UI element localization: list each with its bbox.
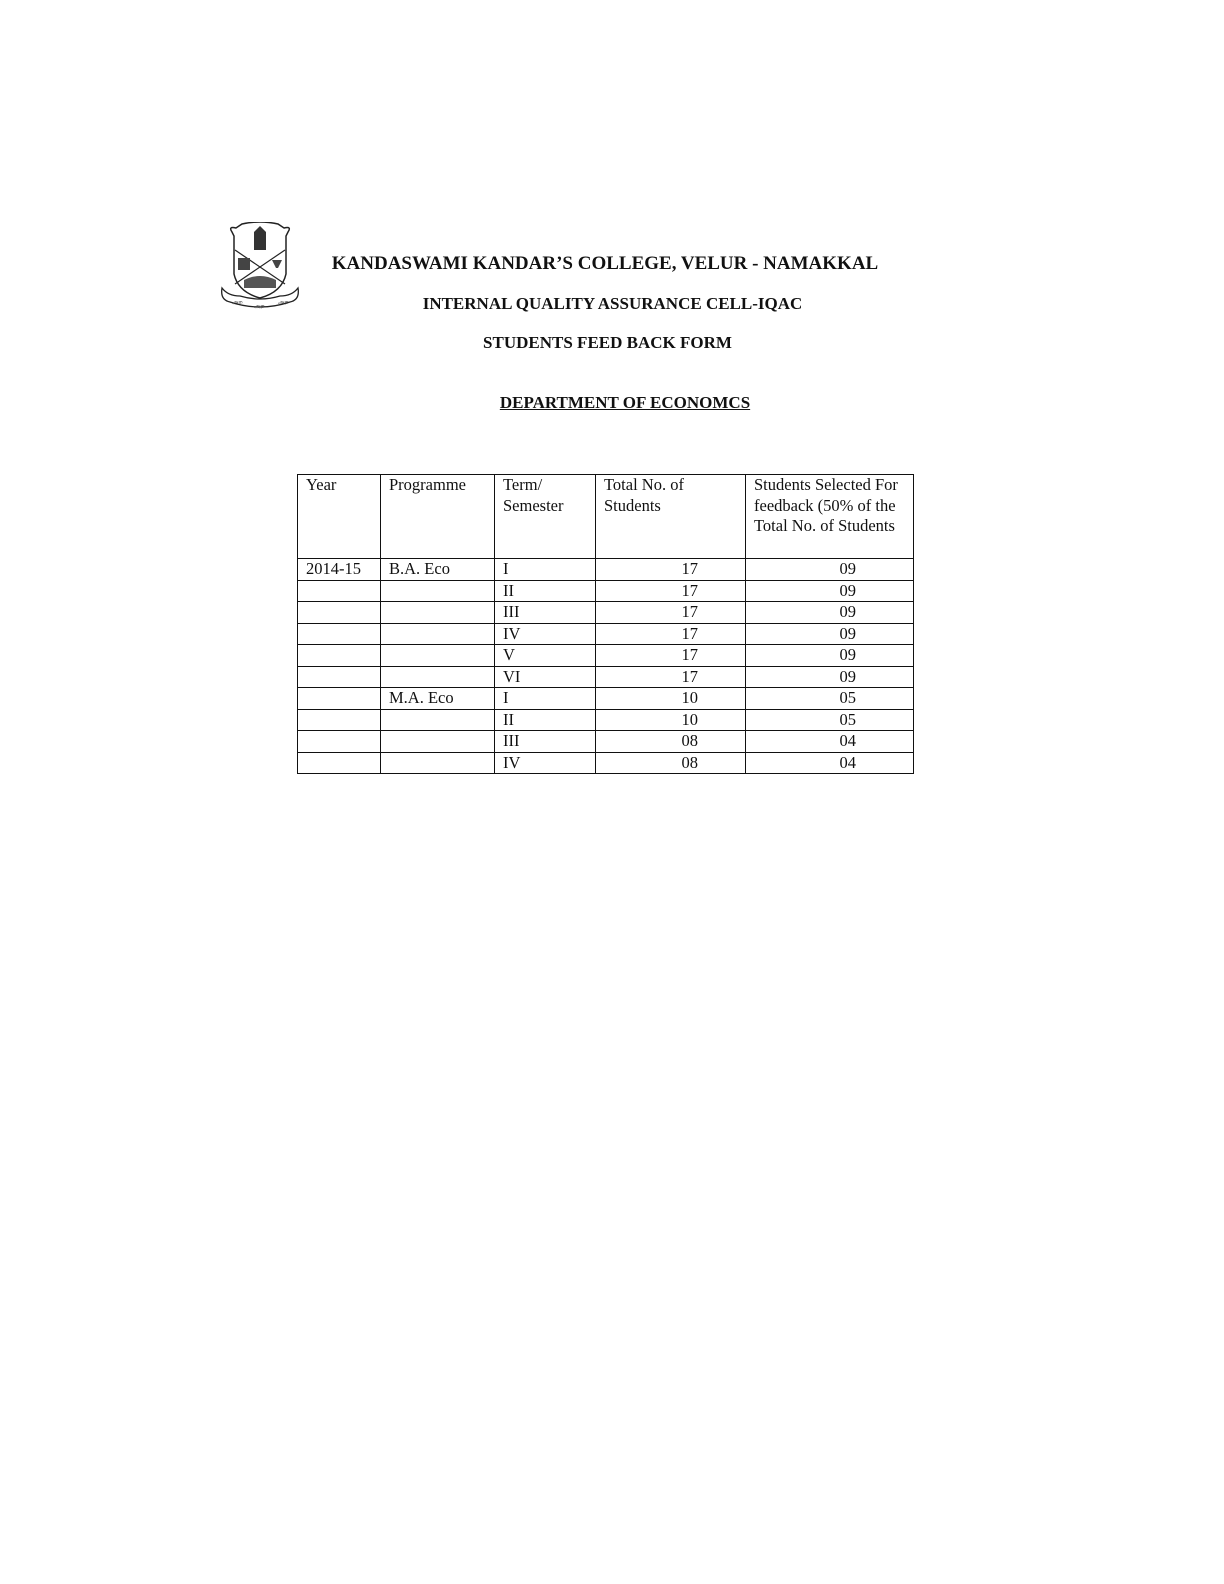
- cell-selected-students: 09: [746, 645, 914, 667]
- table-row: III0804: [298, 731, 914, 753]
- col-year: Year: [298, 475, 381, 559]
- cell-selected-students: 05: [746, 688, 914, 710]
- cell-total-students: 17: [596, 559, 746, 581]
- svg-text:அற: அற: [254, 304, 265, 310]
- cell-year: [298, 709, 381, 731]
- cell-selected-students: 09: [746, 666, 914, 688]
- iqac-title: INTERNAL QUALITY ASSURANCE CELL-IQAC: [310, 294, 915, 314]
- col-total-students: Total No. of Students: [596, 475, 746, 559]
- table-row: V1709: [298, 645, 914, 667]
- cell-programme: M.A. Eco: [381, 688, 495, 710]
- cell-year: [298, 666, 381, 688]
- cell-total-students: 08: [596, 731, 746, 753]
- cell-term: I: [495, 559, 596, 581]
- cell-year: [298, 731, 381, 753]
- cell-term: I: [495, 688, 596, 710]
- department-title: DEPARTMENT OF ECONOMCS: [310, 393, 940, 413]
- cell-term: IV: [495, 752, 596, 774]
- cell-programme: [381, 666, 495, 688]
- col-programme: Programme: [381, 475, 495, 559]
- cell-selected-students: 09: [746, 623, 914, 645]
- college-crest-logo: அற அற அற: [218, 222, 302, 312]
- cell-programme: [381, 645, 495, 667]
- cell-selected-students: 09: [746, 580, 914, 602]
- cell-total-students: 17: [596, 623, 746, 645]
- cell-year: [298, 602, 381, 624]
- svg-text:அற: அற: [278, 300, 289, 306]
- cell-programme: [381, 602, 495, 624]
- cell-programme: [381, 580, 495, 602]
- table-row: IV0804: [298, 752, 914, 774]
- cell-year: [298, 752, 381, 774]
- table-header-row: Year Programme Term/ Semester Total No. …: [298, 475, 914, 559]
- cell-term: III: [495, 731, 596, 753]
- cell-programme: [381, 623, 495, 645]
- cell-term: II: [495, 580, 596, 602]
- cell-programme: [381, 709, 495, 731]
- cell-total-students: 17: [596, 602, 746, 624]
- cell-term: III: [495, 602, 596, 624]
- col-selected-students: Students Selected For feedback (50% of t…: [746, 475, 914, 559]
- cell-term: IV: [495, 623, 596, 645]
- cell-term: II: [495, 709, 596, 731]
- cell-selected-students: 09: [746, 559, 914, 581]
- cell-selected-students: 05: [746, 709, 914, 731]
- cell-total-students: 17: [596, 666, 746, 688]
- cell-total-students: 17: [596, 580, 746, 602]
- cell-year: 2014-15: [298, 559, 381, 581]
- cell-year: [298, 645, 381, 667]
- cell-selected-students: 09: [746, 602, 914, 624]
- table-row: II1005: [298, 709, 914, 731]
- table-row: 2014-15B.A. EcoI1709: [298, 559, 914, 581]
- cell-total-students: 10: [596, 709, 746, 731]
- cell-year: [298, 688, 381, 710]
- table-row: VI1709: [298, 666, 914, 688]
- cell-programme: [381, 752, 495, 774]
- svg-text:அற: அற: [232, 300, 243, 306]
- table-row: II1709: [298, 580, 914, 602]
- cell-total-students: 08: [596, 752, 746, 774]
- cell-total-students: 10: [596, 688, 746, 710]
- college-title: KANDASWAMI KANDAR’S COLLEGE, VELUR - NAM…: [305, 253, 905, 275]
- cell-year: [298, 580, 381, 602]
- cell-year: [298, 623, 381, 645]
- cell-selected-students: 04: [746, 731, 914, 753]
- cell-selected-students: 04: [746, 752, 914, 774]
- feedback-table: Year Programme Term/ Semester Total No. …: [297, 474, 914, 774]
- table-row: III1709: [298, 602, 914, 624]
- cell-total-students: 17: [596, 645, 746, 667]
- form-title: STUDENTS FEED BACK FORM: [310, 333, 905, 353]
- cell-programme: B.A. Eco: [381, 559, 495, 581]
- cell-term: VI: [495, 666, 596, 688]
- cell-term: V: [495, 645, 596, 667]
- cell-programme: [381, 731, 495, 753]
- col-term: Term/ Semester: [495, 475, 596, 559]
- table-row: IV1709: [298, 623, 914, 645]
- table-row: M.A. EcoI1005: [298, 688, 914, 710]
